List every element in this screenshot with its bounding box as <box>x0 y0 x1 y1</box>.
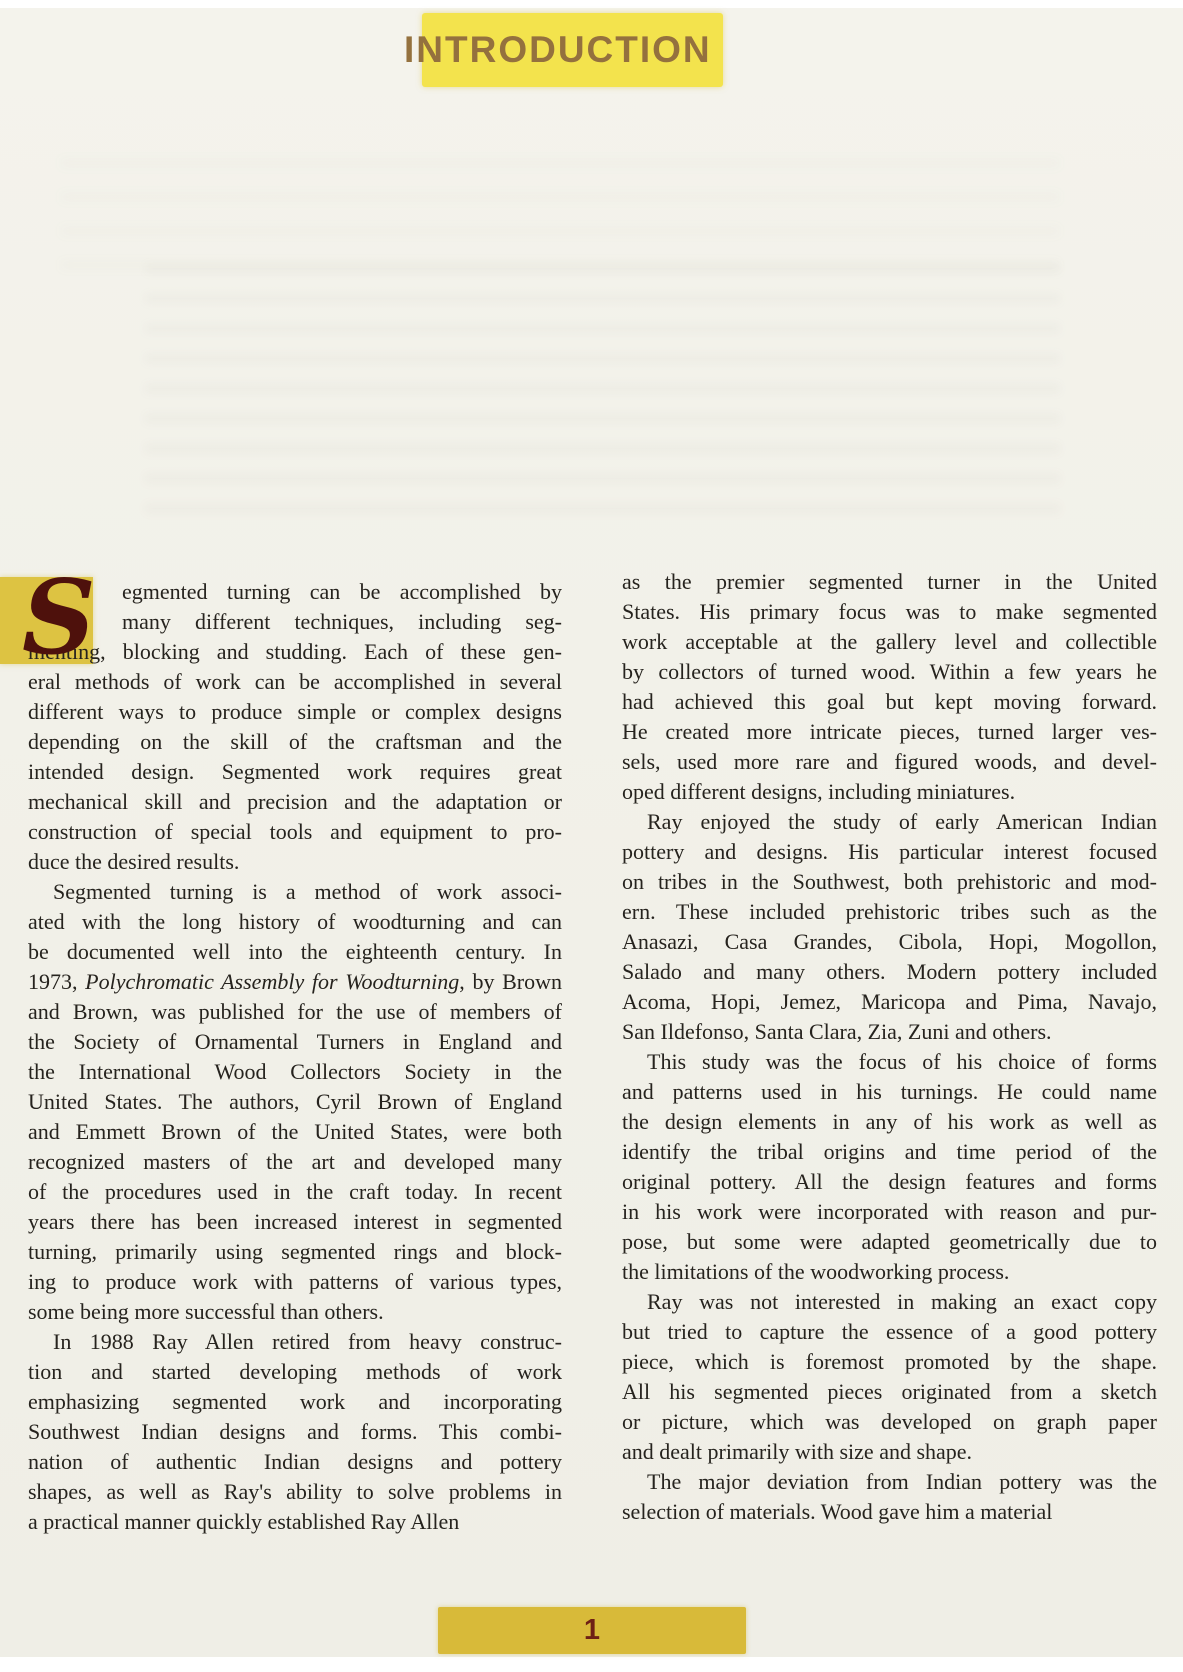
text-line: nation of authentic Indian designs and p… <box>28 1447 562 1477</box>
text-line: Acoma, Hopi, Jemez, Maricopa and Pima, N… <box>622 987 1157 1017</box>
text-line: ern. These included prehistoric tribes s… <box>622 897 1157 927</box>
text-line: in his work were incorporated with reaso… <box>622 1197 1157 1227</box>
left-column: egmented turning can be accomplished bym… <box>28 577 562 1537</box>
text-line: construction of special tools and equipm… <box>28 817 562 847</box>
text-line: San Ildefonso, Santa Clara, Zia, Zuni an… <box>622 1017 1157 1047</box>
paragraph: Ray was not interested in making an exac… <box>622 1287 1157 1467</box>
text-line: the design elements in any of his work a… <box>622 1107 1157 1137</box>
text-line: In 1988 Ray Allen retired from heavy con… <box>28 1327 562 1357</box>
text-line: shapes, as well as Ray's ability to solv… <box>28 1477 562 1507</box>
text-line: by collectors of turned wood. Within a f… <box>622 657 1157 687</box>
text-line: and patterns used in his turnings. He co… <box>622 1077 1157 1107</box>
text-line: original pottery. All the design feature… <box>622 1167 1157 1197</box>
text-line: Ray was not interested in making an exac… <box>622 1287 1157 1317</box>
paragraph: This study was the focus of his choice o… <box>622 1047 1157 1287</box>
page-number: 1 <box>438 1607 746 1654</box>
text-line: He created more intricate pieces, turned… <box>622 717 1157 747</box>
paragraph: Segmented turning is a method of work as… <box>28 877 562 1327</box>
text-line: Ray enjoyed the study of early American … <box>622 807 1157 837</box>
text-line: depending on the skill of the craftsman … <box>28 727 562 757</box>
text-line: tion and started developing methods of w… <box>28 1357 562 1387</box>
page-title: INTRODUCTION <box>404 13 712 87</box>
bleedthrough-texture <box>145 263 1060 528</box>
text-line: duce the desired results. <box>28 847 562 877</box>
text-line: as the premier segmented turner in the U… <box>622 567 1157 597</box>
text-line: oped different designs, including miniat… <box>622 777 1157 807</box>
text-line: mechanical skill and precision and the a… <box>28 787 562 817</box>
text-line: All his segmented pieces originated from… <box>622 1377 1157 1407</box>
text-line: the Society of Ornamental Turners in Eng… <box>28 1027 562 1057</box>
text-line: of the procedures used in the craft toda… <box>28 1177 562 1207</box>
text-line: emphasizing segmented work and incorpora… <box>28 1387 562 1417</box>
text-line: turning, primarily using segmented rings… <box>28 1237 562 1267</box>
paragraph: as the premier segmented turner in the U… <box>622 567 1157 807</box>
bleedthrough-texture <box>60 158 1060 278</box>
text-line: years there has been increased interest … <box>28 1207 562 1237</box>
text-line: piece, which is foremost promoted by the… <box>622 1347 1157 1377</box>
text-line: and Emmett Brown of the United States, w… <box>28 1117 562 1147</box>
text-line: some being more successful than others. <box>28 1297 562 1327</box>
text-line: sels, used more rare and figured woods, … <box>622 747 1157 777</box>
text-line: Southwest Indian designs and forms. This… <box>28 1417 562 1447</box>
text-line: 1973, Polychromatic Assembly for Woodtur… <box>28 967 562 997</box>
text-line: a practical manner quickly established R… <box>28 1507 562 1537</box>
text-line: had achieved this goal but kept moving f… <box>622 687 1157 717</box>
paragraph: In 1988 Ray Allen retired from heavy con… <box>28 1327 562 1537</box>
right-column: as the premier segmented turner in the U… <box>622 567 1157 1527</box>
text-line: This study was the focus of his choice o… <box>622 1047 1157 1077</box>
text-line: the International Wood Collectors Societ… <box>28 1057 562 1087</box>
text-line: selection of materials. Wood gave him a … <box>622 1497 1157 1527</box>
dropcap-letter: S <box>22 568 132 678</box>
text-line: and Brown, was published for the use of … <box>28 997 562 1027</box>
text-line: pottery and designs. His particular inte… <box>622 837 1157 867</box>
text-line: and dealt primarily with size and shape. <box>622 1437 1157 1467</box>
text-line: but tried to capture the essence of a go… <box>622 1317 1157 1347</box>
text-line: work acceptable at the gallery level and… <box>622 627 1157 657</box>
text-line: Segmented turning is a method of work as… <box>28 877 562 907</box>
text-line: on tribes in the Southwest, both prehist… <box>622 867 1157 897</box>
text-line: intended design. Segmented work requires… <box>28 757 562 787</box>
text-line: Anasazi, Casa Grandes, Cibola, Hopi, Mog… <box>622 927 1157 957</box>
text-line: identify the tribal origins and time per… <box>622 1137 1157 1167</box>
text-line: the limitations of the woodworking proce… <box>622 1257 1157 1287</box>
text-line: The major deviation from Indian pottery … <box>622 1467 1157 1497</box>
text-line: recognized masters of the art and develo… <box>28 1147 562 1177</box>
paragraph: The major deviation from Indian pottery … <box>622 1467 1157 1527</box>
text-line: ing to produce work with patterns of var… <box>28 1267 562 1297</box>
text-line: United States. The authors, Cyril Brown … <box>28 1087 562 1117</box>
text-line: be documented well into the eighteenth c… <box>28 937 562 967</box>
text-line: or picture, which was developed on graph… <box>622 1407 1157 1437</box>
paragraph: Ray enjoyed the study of early American … <box>622 807 1157 1047</box>
text-line: different ways to produce simple or comp… <box>28 697 562 727</box>
text-line: States. His primary focus was to make se… <box>622 597 1157 627</box>
text-line: pose, but some were adapted geometricall… <box>622 1227 1157 1257</box>
text-line: Salado and many others. Modern pottery i… <box>622 957 1157 987</box>
text-line: ated with the long history of woodturnin… <box>28 907 562 937</box>
